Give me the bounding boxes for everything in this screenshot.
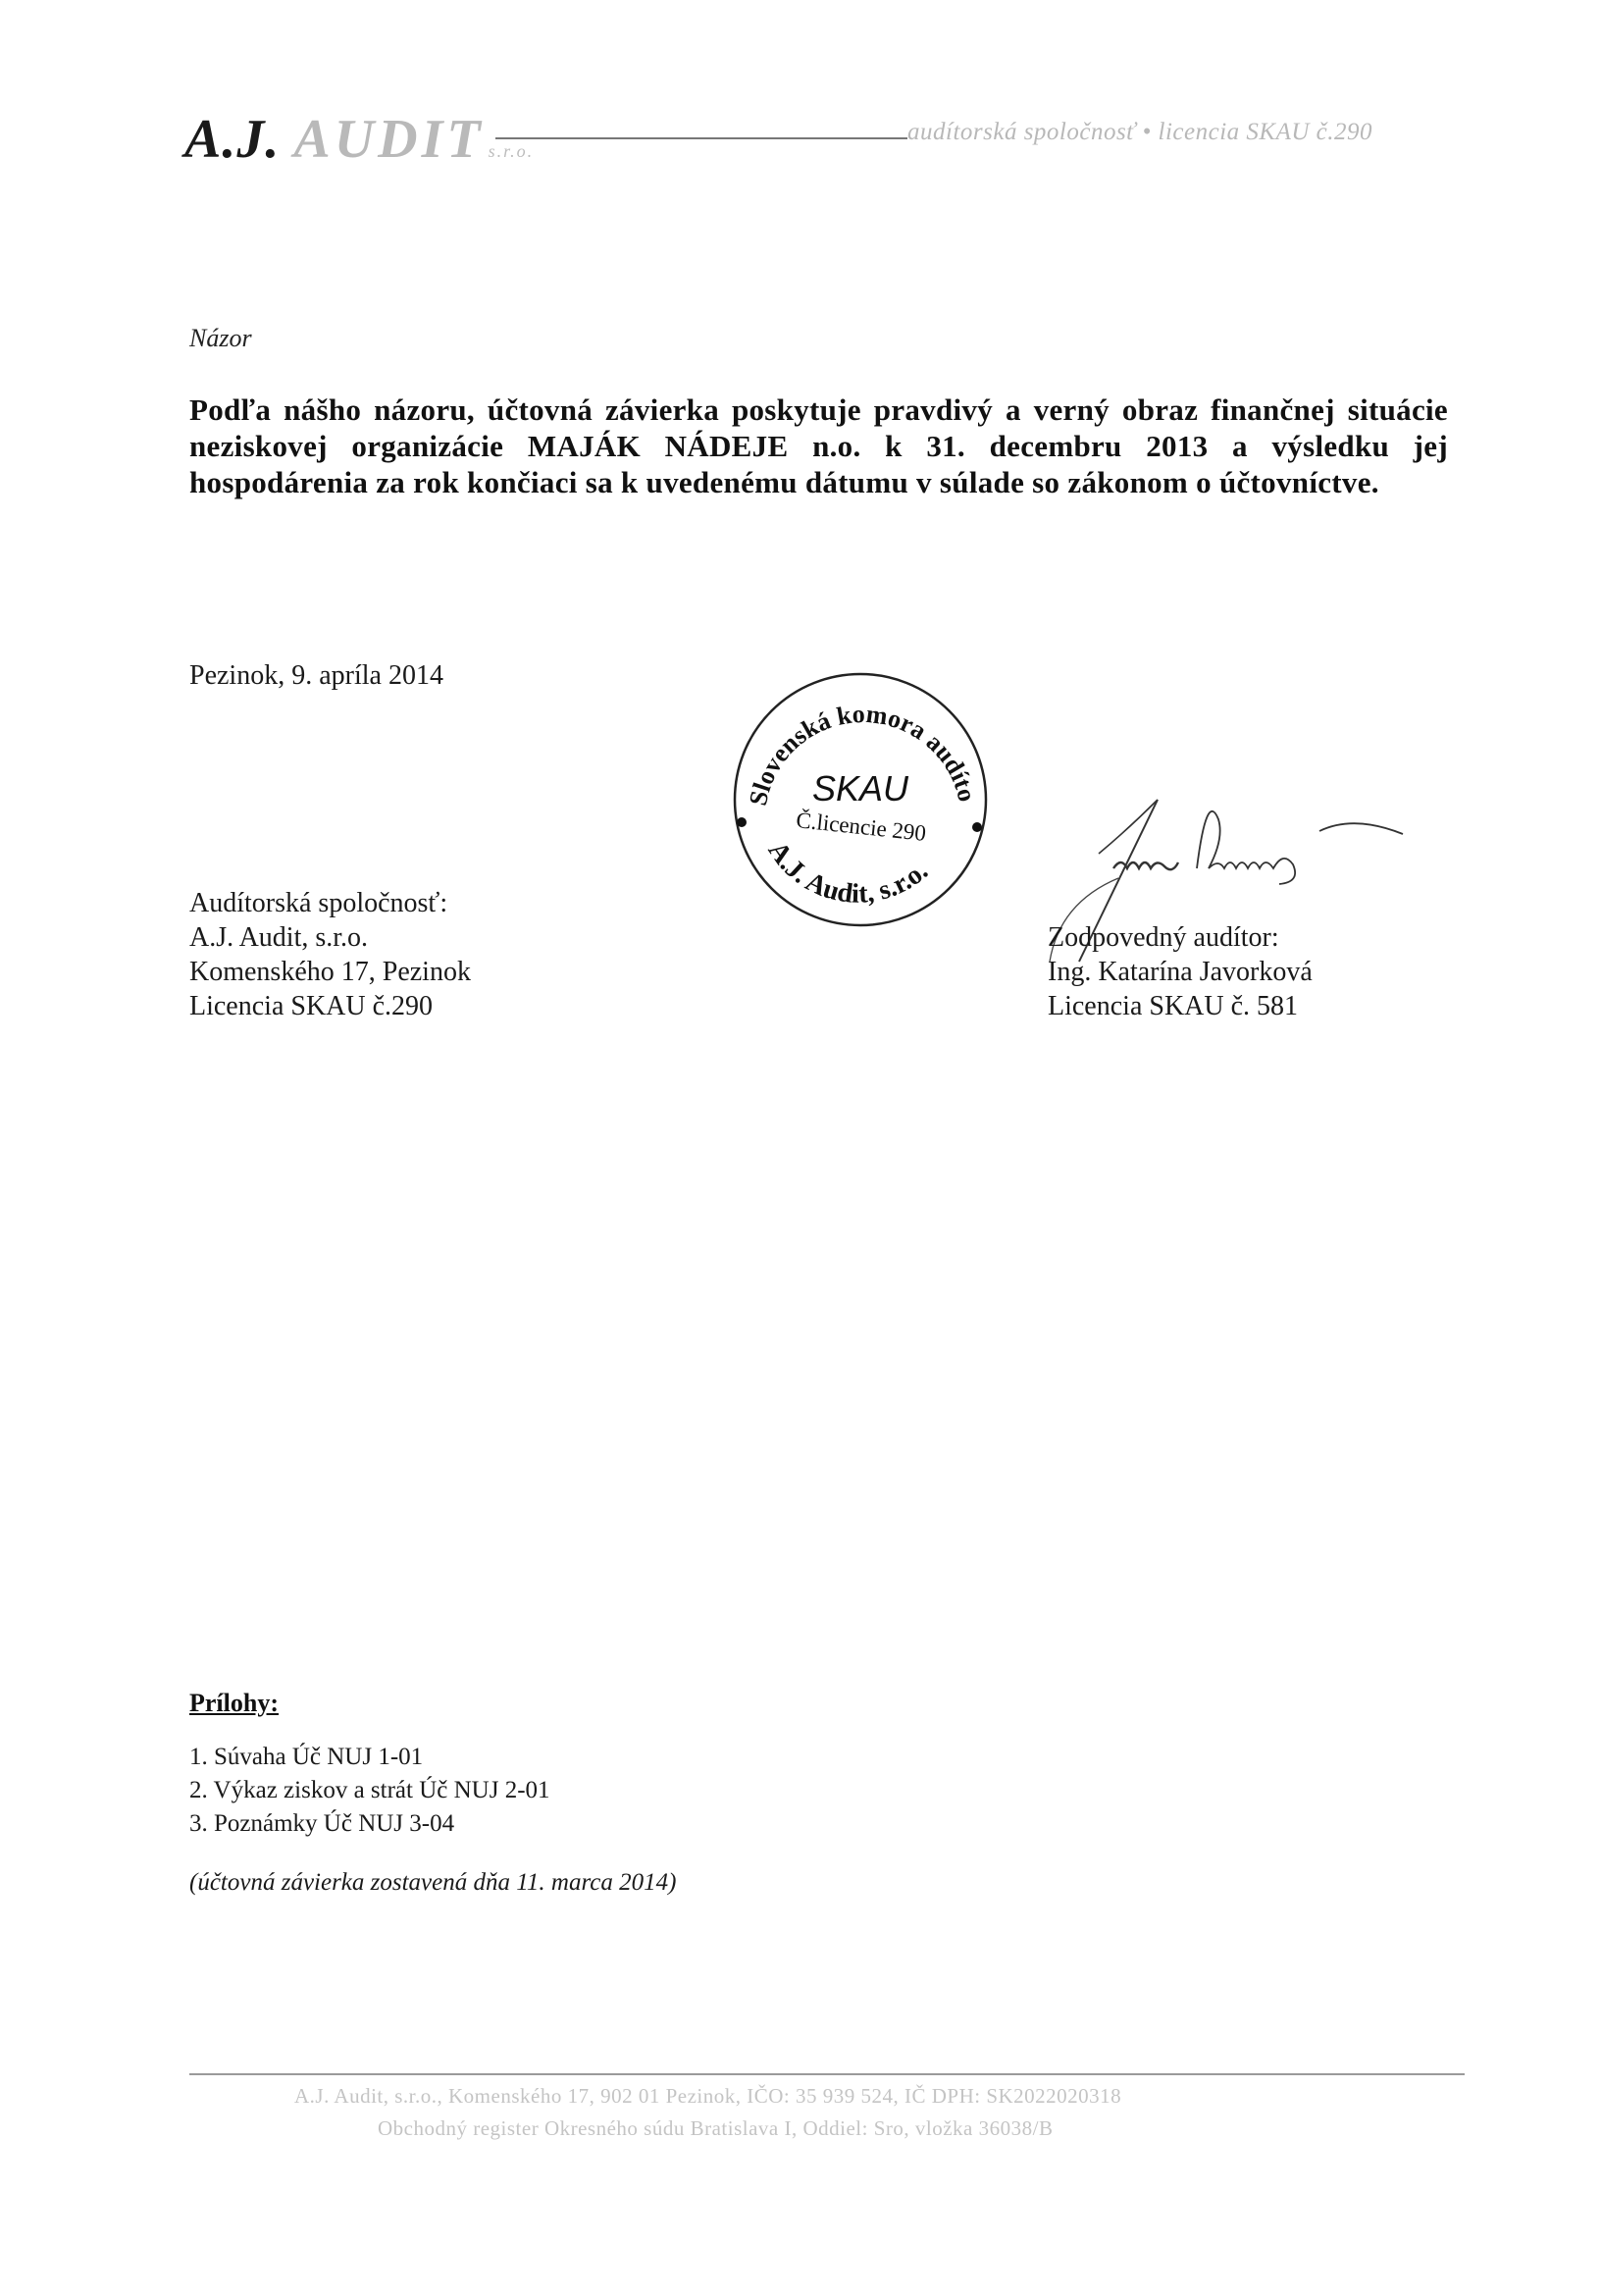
- auditor-name: Ing. Katarína Javorková: [1048, 955, 1313, 989]
- company-name: A.J. Audit, s.r.o.: [189, 920, 471, 955]
- official-stamp: Slovenská komora audítorov A.J. Audit, s…: [726, 665, 996, 935]
- svg-text:SKAU: SKAU: [812, 768, 909, 809]
- company-label: Audítorská spoločnosť:: [189, 886, 471, 920]
- annexes-title: Prílohy:: [189, 1689, 279, 1718]
- svg-text:Č.licencie 290: Č.licencie 290: [795, 807, 927, 846]
- stamp-seal-icon: Slovenská komora audítorov A.J. Audit, s…: [726, 665, 996, 935]
- annex-item: 2. Výkaz ziskov a strát Úč NUJ 2-01: [189, 1774, 550, 1807]
- audit-company-block: Audítorská spoločnosť: A.J. Audit, s.r.o…: [189, 886, 471, 1023]
- annex-item: 1. Súvaha Úč NUJ 1-01: [189, 1741, 550, 1774]
- auditor-license: Licencia SKAU č. 581: [1048, 989, 1313, 1023]
- logo-audit: AUDIT: [293, 109, 484, 170]
- footer-company-details: A.J. Audit, s.r.o., Komenského 17, 902 0…: [294, 2084, 1373, 2109]
- letterhead-rule: [495, 137, 907, 139]
- footer-registry-details: Obchodný register Okresného súdu Bratisl…: [378, 2116, 1359, 2141]
- letterhead-tagline: audítorská spoločnosť • licencia SKAU č.…: [907, 119, 1372, 146]
- responsible-auditor-block: Zodpovedný audítor: Ing. Katarína Javork…: [1048, 920, 1313, 1023]
- company-license: Licencia SKAU č.290: [189, 989, 471, 1023]
- section-heading: Názor: [189, 324, 252, 353]
- annexes-note: (účtovná závierka zostavená dňa 11. marc…: [189, 1869, 676, 1897]
- footer-rule: [189, 2073, 1465, 2075]
- company-address: Komenského 17, Pezinok: [189, 955, 471, 989]
- opinion-paragraph: Podľa nášho názoru, účtovná závierka pos…: [189, 391, 1448, 500]
- annex-item: 3. Poznámky Úč NUJ 3-04: [189, 1807, 550, 1841]
- place-date: Pezinok, 9. apríla 2014: [189, 660, 443, 692]
- svg-text:A.J. Audit, s.r.o.: A.J. Audit, s.r.o.: [762, 836, 934, 910]
- auditor-label: Zodpovedný audítor:: [1048, 920, 1313, 955]
- letterhead-logo: A.J.AUDITs.r.o.: [184, 108, 534, 171]
- logo-initials: A.J.: [184, 109, 280, 170]
- logo-legal-form: s.r.o.: [489, 141, 535, 161]
- annexes-list: 1. Súvaha Úč NUJ 1-01 2. Výkaz ziskov a …: [189, 1741, 550, 1841]
